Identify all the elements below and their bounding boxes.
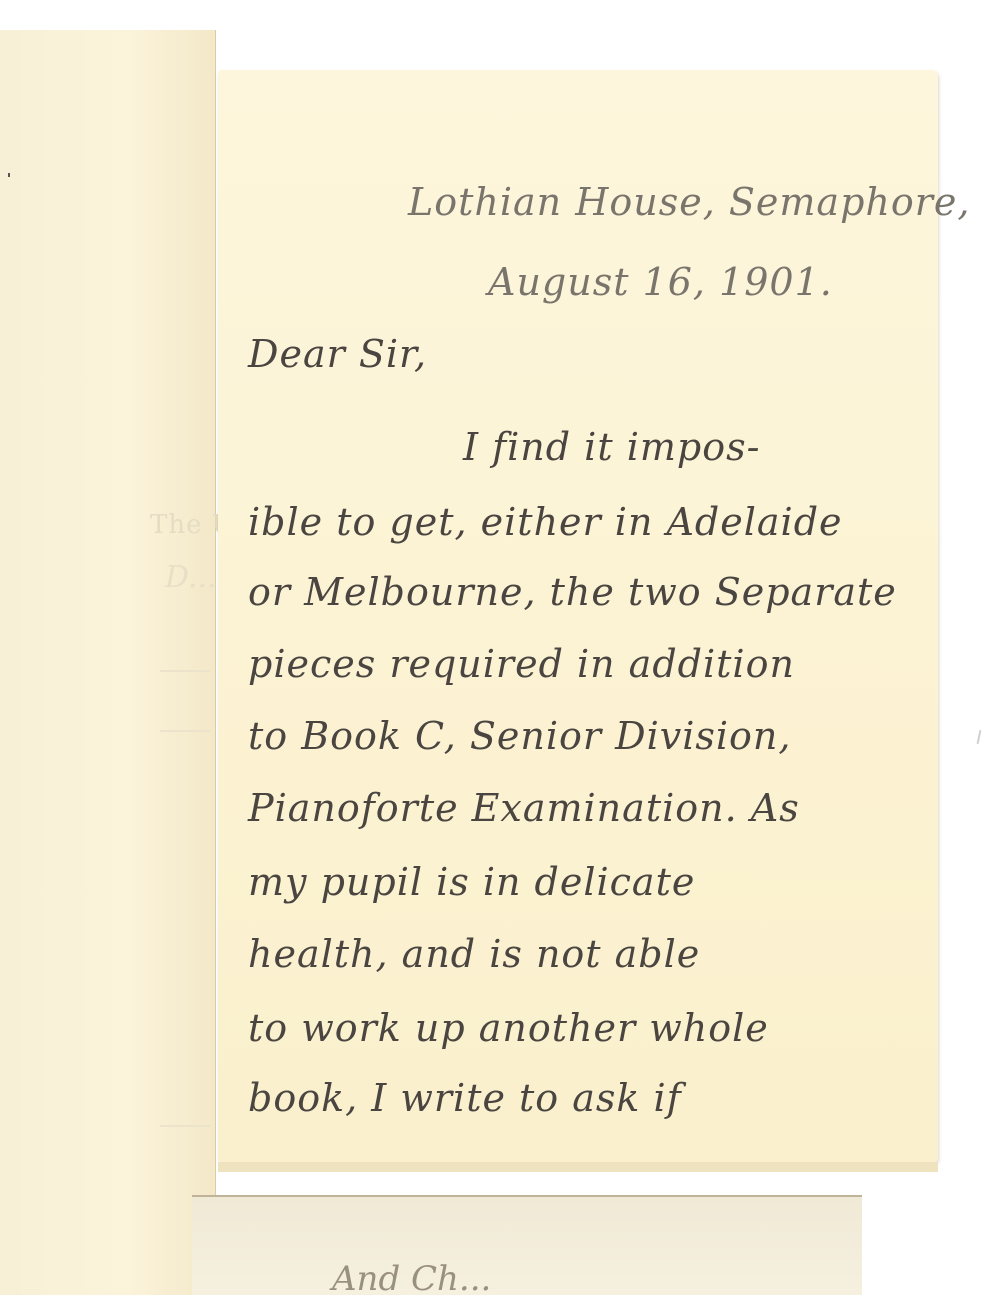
letter-date: August 16, 1901. <box>488 260 833 304</box>
lower-sheet: And Ch... <box>192 1195 862 1295</box>
left-page: The Uni... D... <box>0 30 216 1295</box>
letter-line: my pupil is in delicate <box>248 860 695 904</box>
letter-line: ible to get, either in Adelaide <box>248 500 843 544</box>
letter-address: Lothian House, Semaphore, <box>408 180 970 224</box>
letter-line: to Book C, Senior Division, <box>248 714 792 758</box>
letter-page: Lothian House, Semaphore, August 16, 190… <box>218 70 938 1162</box>
faded-rule <box>160 1125 210 1127</box>
fold-band <box>218 1162 938 1172</box>
margin-mark <box>977 730 982 744</box>
letter-line: I find it impos- <box>463 425 760 469</box>
faded-rule <box>160 730 210 732</box>
letter-salutation: Dear Sir, <box>248 332 427 376</box>
left-page-faded-subtitle: D... <box>165 560 217 595</box>
lower-sheet-text: And Ch... <box>332 1259 491 1295</box>
letter-line: pieces required in addition <box>248 642 795 686</box>
faded-rule <box>160 670 210 672</box>
ink-speck <box>8 173 10 177</box>
letter-line: Pianoforte Examination. As <box>248 786 800 830</box>
letter-line: book, I write to ask if <box>248 1076 682 1120</box>
letter-line: to work up another whole <box>248 1006 769 1050</box>
letter-line: health, and is not able <box>248 932 700 976</box>
letter-line: or Melbourne, the two Separate <box>248 570 897 614</box>
